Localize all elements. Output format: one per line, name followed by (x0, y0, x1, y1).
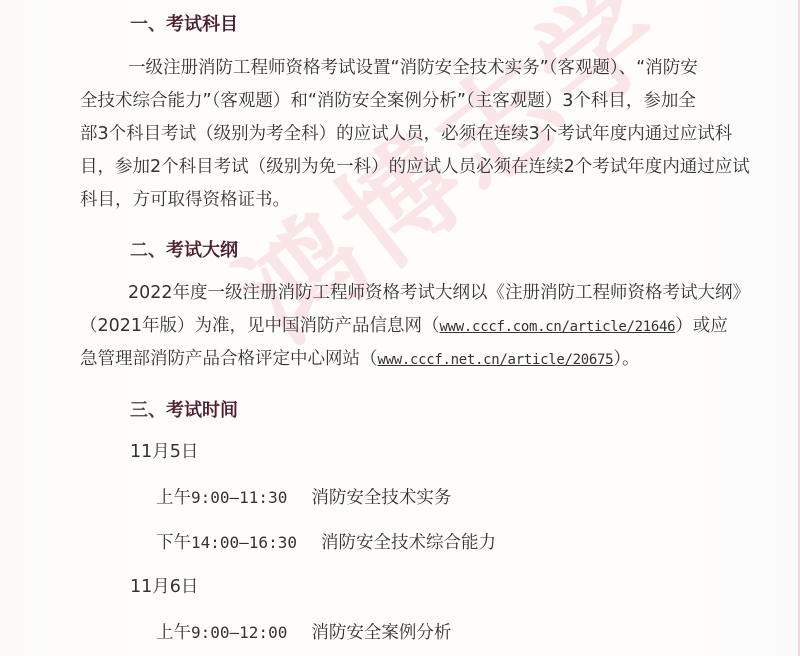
paragraph-line: 目，参加2个科目考试（级别为免一科）的应试人员必须在连续2个考试年度内通过应试 (80, 151, 720, 184)
paragraph-line: （2021年版）为准，见中国消防产品信息网（www.cccf.com.cn/ar… (80, 310, 720, 343)
paragraph-line: 全技术综合能力”（客观题）和“消防安全案例分析”（主客观题）3个科目，参加全 (80, 85, 720, 118)
session-period: 上午 (156, 623, 191, 643)
section-heading-schedule: 三、考试时间 (130, 396, 238, 422)
section-heading-subjects: 一、考试科目 (130, 10, 238, 36)
paragraph-line: 科目，方可取得资格证书。 (80, 184, 720, 217)
paragraph-subjects: 一级注册消防工程师资格考试设置“消防安全技术实务”（客观题）、“消防安 全技术综… (80, 52, 720, 217)
text: 急管理部消防产品合格评定中心网站（ (80, 349, 378, 369)
session-time-range: 9:00—12:00 (191, 623, 287, 642)
session-time: 下午14:00—16:30 (156, 529, 297, 554)
session-subject: 消防安全技术实务 (311, 484, 451, 509)
schedule-session: 上午9:00—12:00消防安全案例分析 (156, 619, 451, 644)
paragraph-line: 一级注册消防工程师资格考试设置“消防安全技术实务”（客观题）、“消防安 (80, 52, 720, 85)
text: ）或应 (675, 316, 728, 336)
section-number: 一、 (130, 14, 166, 35)
session-time: 上午9:00—11:30 (156, 484, 287, 509)
session-time: 上午9:00—12:00 (156, 619, 287, 644)
session-period: 上午 (156, 488, 191, 508)
section-heading-syllabus: 二、考试大纲 (130, 236, 238, 262)
session-time-range: 9:00—11:30 (191, 488, 287, 507)
schedule-date: 11月5日 (130, 438, 198, 463)
paragraph-line: 2022年度一级注册消防工程师资格考试大纲以《注册消防工程师资格考试大纲》 (80, 277, 720, 310)
text: ）。 (613, 349, 639, 369)
section-title: 考试大纲 (166, 240, 238, 261)
session-period: 下午 (156, 533, 191, 553)
schedule-session: 上午9:00—11:30消防安全技术实务 (156, 484, 451, 509)
paragraph-syllabus: 2022年度一级注册消防工程师资格考试大纲以《注册消防工程师资格考试大纲》 （2… (80, 277, 720, 376)
session-subject: 消防安全技术综合能力 (321, 529, 496, 554)
session-time-range: 14:00—16:30 (191, 533, 297, 552)
session-subject: 消防安全案例分析 (311, 619, 451, 644)
section-title: 考试科目 (166, 14, 238, 35)
text: （2021年版）为准，见中国消防产品信息网（ (80, 316, 440, 336)
paragraph-line: 急管理部消防产品合格评定中心网站（www.cccf.net.cn/article… (80, 343, 720, 376)
section-title: 考试时间 (166, 400, 238, 421)
schedule-session: 下午14:00—16:30消防安全技术综合能力 (156, 529, 496, 554)
paragraph-line: 部3个科目考试（级别为考全科）的应试人员，必须在连续3个考试年度内通过应试科 (80, 118, 720, 151)
section-number: 三、 (130, 400, 166, 421)
schedule-date: 11月6日 (130, 573, 198, 598)
link-cccf-com[interactable]: www.cccf.com.cn/article/21646 (440, 319, 676, 335)
section-number: 二、 (130, 240, 166, 261)
link-cccf-net[interactable]: www.cccf.net.cn/article/20675 (378, 352, 614, 368)
